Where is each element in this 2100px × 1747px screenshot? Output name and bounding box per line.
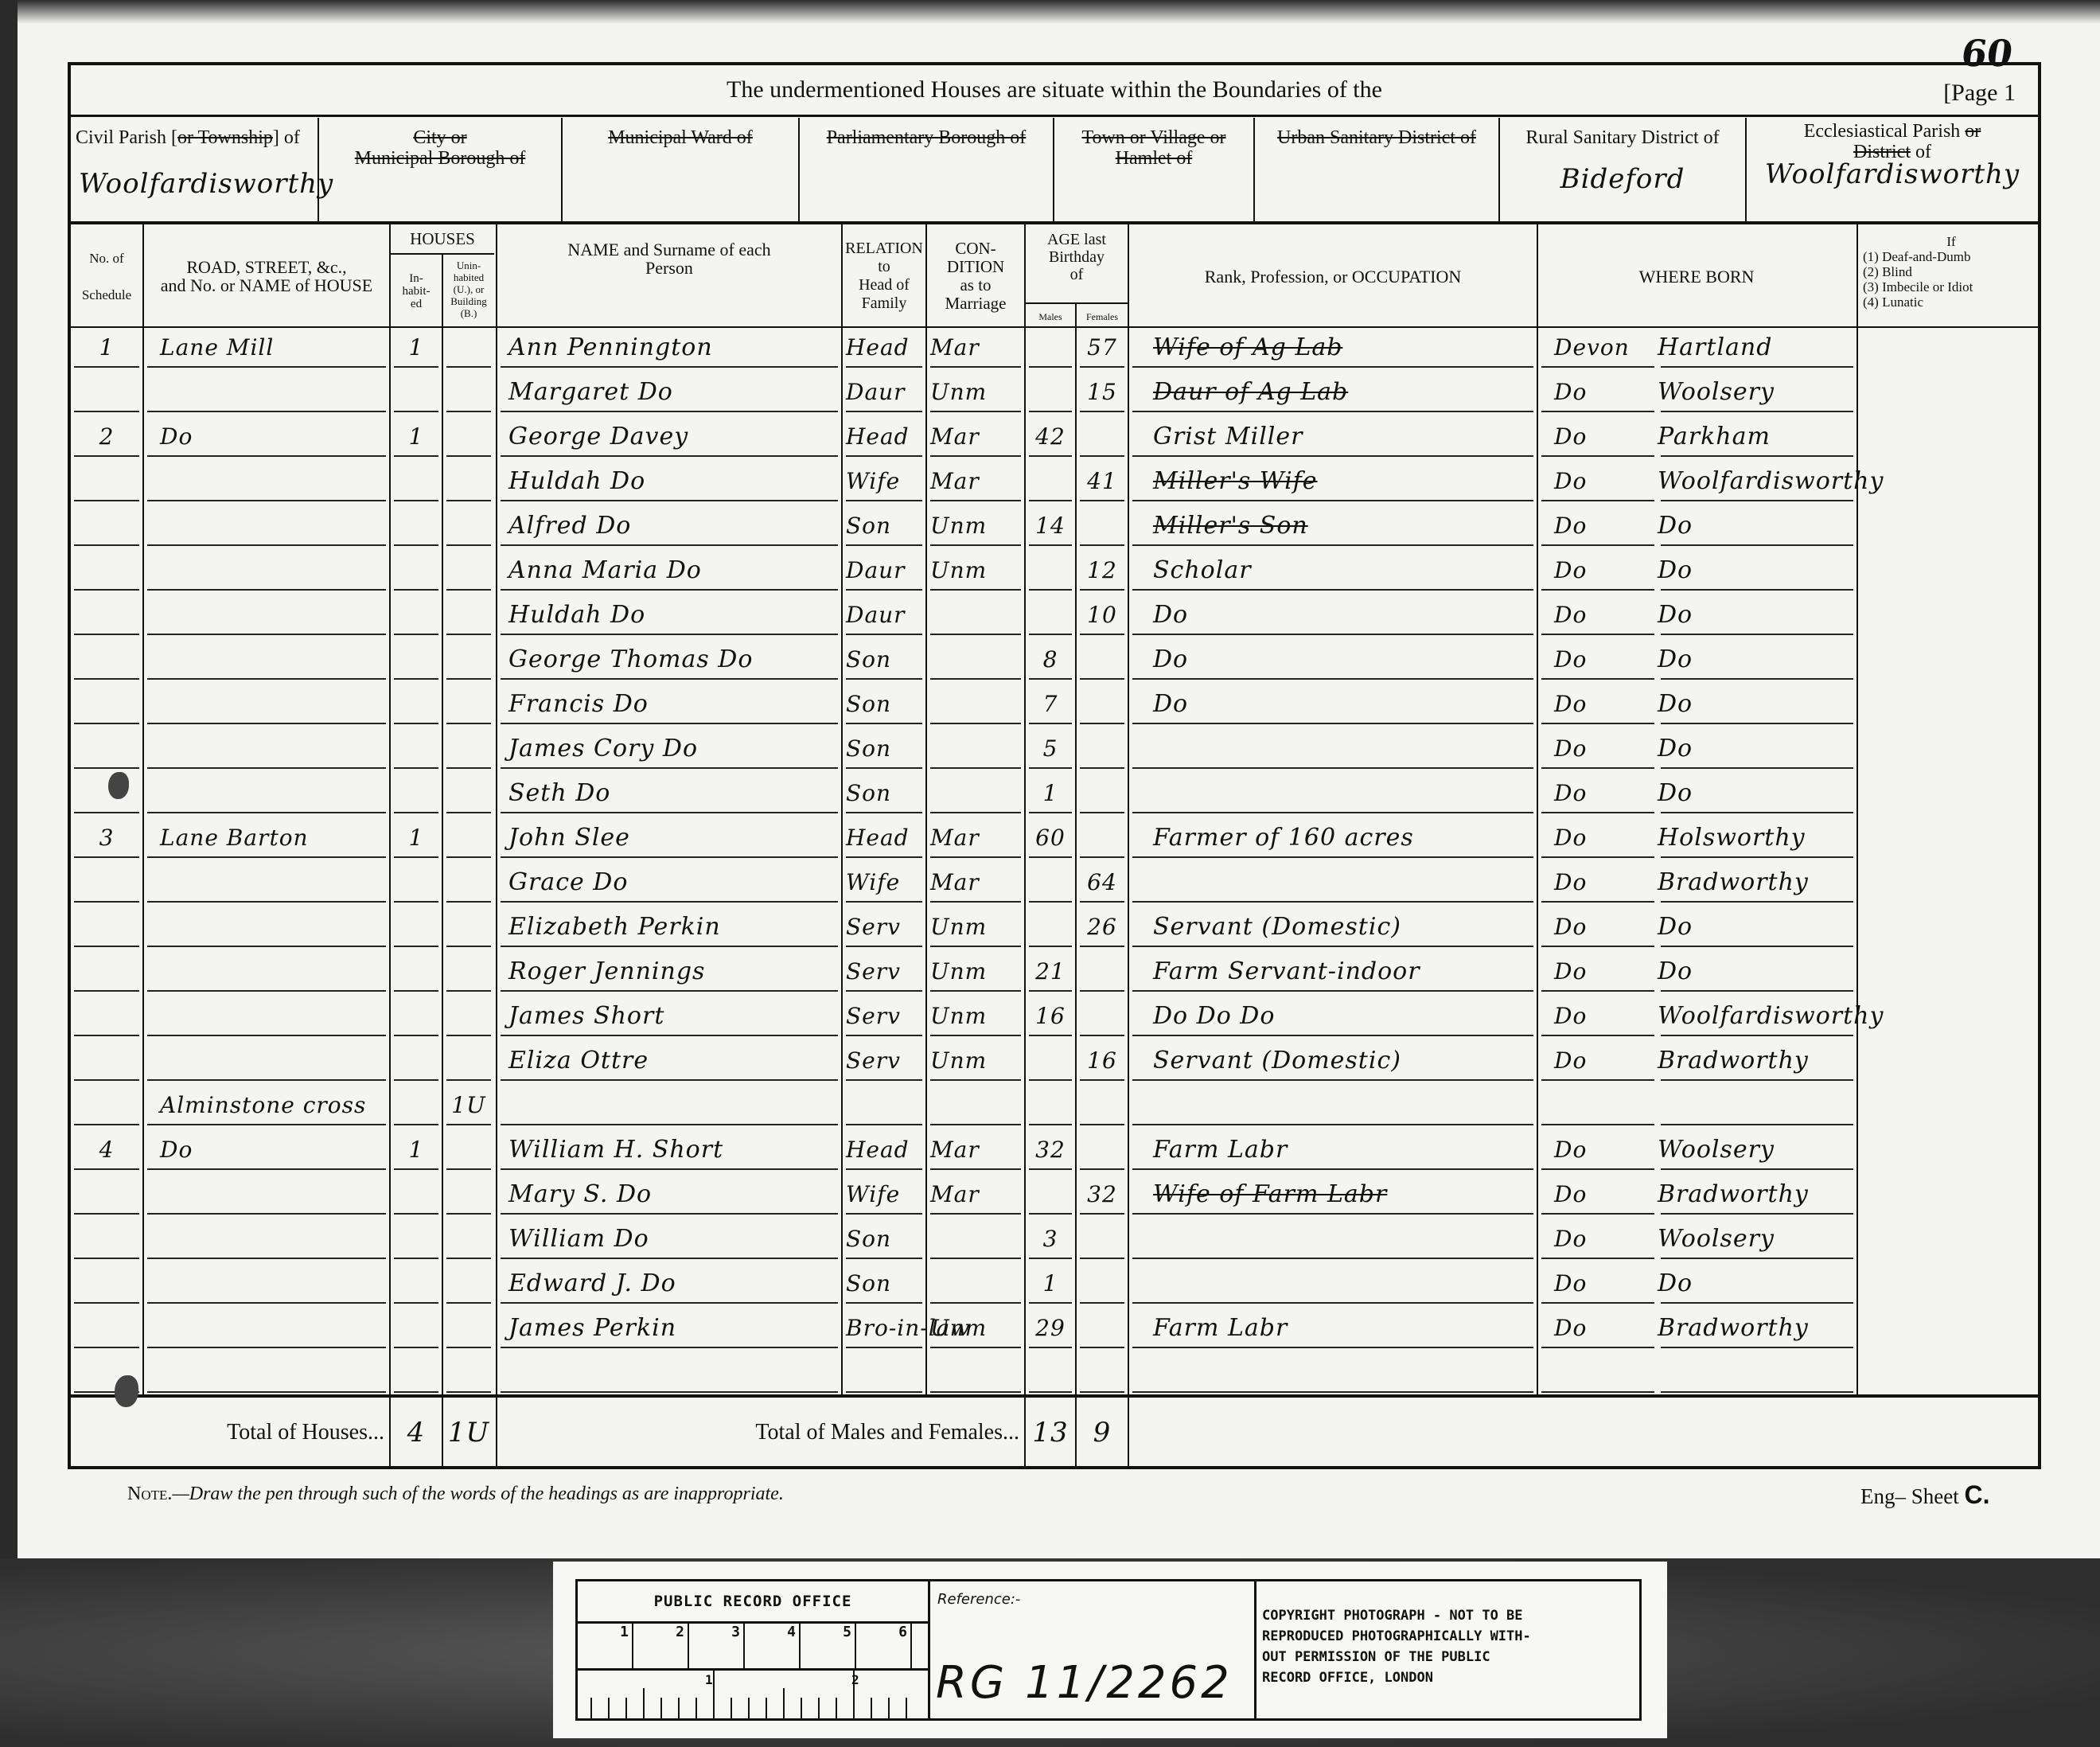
row-rule [1029, 1347, 1072, 1348]
row-rule [394, 544, 438, 546]
row-rule [446, 1213, 491, 1215]
row-rule [930, 366, 1021, 368]
cell-schedule [71, 595, 142, 637]
ink-blot [108, 772, 129, 799]
row-rule [846, 723, 922, 724]
cell-born-county [1538, 1353, 1658, 1394]
row-rule [1029, 1391, 1072, 1393]
cell-inhabited [391, 1041, 442, 1082]
sheet-label: Eng– Sheet C. [1860, 1480, 1989, 1510]
cell-female-age: 32 [1077, 1175, 1128, 1216]
cell-female-age: 26 [1077, 907, 1128, 949]
cell-relation: Head [843, 417, 925, 458]
header-uninhabited: Unin-habited(U.), orBuilding(B.) [443, 259, 494, 319]
header-age-males: Males [1026, 310, 1075, 323]
cell-road [144, 595, 389, 637]
cell-male-age [1026, 1175, 1075, 1216]
row-rule [1132, 500, 1533, 501]
row-rule [501, 1035, 838, 1036]
cell-uninhabited [443, 462, 494, 503]
row-rule [1541, 767, 1654, 769]
table-row: Anna Maria DoDaurUnm12ScholarDoDo [71, 551, 2038, 592]
table-row: Grace DoWifeMar64DoBradworthy [71, 863, 2038, 904]
cell-uninhabited [443, 1353, 494, 1394]
cell-name: Edward J. Do [497, 1264, 841, 1305]
total-houses-label: Total of Houses... [134, 1396, 384, 1469]
row-rule [1080, 1391, 1124, 1393]
row-rule [1541, 589, 1654, 591]
cell-born-county: Do [1538, 818, 1658, 860]
ecclesiastical-parish-field: Ecclesiastical Parish or District of Woo… [1747, 118, 2038, 221]
row-rule [394, 856, 438, 858]
cell-female-age [1077, 952, 1128, 993]
row-rule [1132, 856, 1533, 858]
cell-born-county: Do [1538, 684, 1658, 726]
municipal-borough-label-2: Municipal Borough of [319, 148, 561, 169]
row-rule [1080, 1347, 1124, 1348]
cell-born-county: Do [1538, 729, 1658, 770]
table-row: Mary S. DoWifeMar32Wife of Farm LabrDoBr… [71, 1175, 2038, 1216]
divider [1026, 302, 1128, 304]
row-rule [446, 723, 491, 724]
cell-relation: Son [843, 1264, 925, 1305]
cell-inhabited [391, 1308, 442, 1350]
cell-condition: Unm [927, 1308, 1024, 1350]
ruler-tick [713, 1671, 715, 1718]
row-rule [501, 1124, 838, 1125]
cell-uninhabited [443, 1264, 494, 1305]
row-rule [846, 1391, 922, 1393]
ruler-tick [748, 1698, 750, 1718]
row-rule [446, 990, 491, 992]
row-rule [1132, 1035, 1533, 1036]
row-rule [446, 812, 491, 813]
ruler-mark: 4 [745, 1624, 801, 1668]
cell-relation: Serv [843, 1041, 925, 1082]
row-rule [501, 366, 838, 368]
cell-born-place: Woolfardisworthy [1658, 996, 1856, 1038]
row-rule [930, 678, 1021, 680]
cell-road [144, 506, 389, 548]
row-rule [930, 1213, 1021, 1215]
row-rule [1661, 455, 1853, 457]
row-rule [930, 767, 1021, 769]
cell-road [144, 1175, 389, 1216]
ruler-tick [678, 1698, 680, 1718]
row-rule [1132, 946, 1533, 947]
cell-male-age [1026, 462, 1075, 503]
municipal-borough-label: City or [319, 127, 561, 148]
cell-road [144, 996, 389, 1038]
ruler-tick [731, 1698, 732, 1718]
cell-occupation: Grist Miller [1129, 417, 1537, 458]
cell-female-age [1077, 774, 1128, 815]
row-rule [501, 544, 838, 546]
row-rule [501, 589, 838, 591]
row-rule [147, 812, 386, 813]
cell-inhabited [391, 863, 442, 904]
row-rule [74, 500, 139, 501]
cell-schedule [71, 1308, 142, 1350]
row-rule [1080, 1079, 1124, 1081]
row-rule [1661, 1035, 1853, 1036]
row-rule [1080, 678, 1124, 680]
cell-male-age: 1 [1026, 1264, 1075, 1305]
row-rule [501, 1391, 838, 1393]
row-rule [446, 767, 491, 769]
row-rule [501, 1213, 838, 1215]
cell-name: Seth Do [497, 774, 841, 815]
row-rule [74, 1258, 139, 1259]
cell-name: James Perkin [497, 1308, 841, 1350]
cell-schedule [71, 1219, 142, 1261]
row-rule [147, 946, 386, 947]
civil-parish-value: Woolfardisworthy [79, 174, 325, 194]
table-row: Alminstone cross1U [71, 1086, 2038, 1127]
row-rule [1541, 500, 1654, 501]
cell-relation: Head [843, 1130, 925, 1172]
row-rule [501, 946, 838, 947]
row-rule [1661, 946, 1853, 947]
row-rule [846, 1124, 922, 1125]
row-rule [1132, 1213, 1533, 1215]
row-rule [501, 767, 838, 769]
form-title: The undermentioned Houses are situate wi… [71, 65, 2038, 115]
cell-born-place: Bradworthy [1658, 1041, 1856, 1082]
row-rule [930, 634, 1021, 635]
table-row: Seth DoSon1DoDo [71, 774, 2038, 815]
header-age: AGE lastBirthdayof [1026, 231, 1128, 283]
row-rule [501, 1168, 838, 1170]
cell-female-age [1077, 1130, 1128, 1172]
cell-inhabited [391, 372, 442, 414]
row-rule [1080, 990, 1124, 992]
row-rule [1661, 589, 1853, 591]
row-rule [74, 678, 139, 680]
cell-born-place: Hartland [1658, 328, 1856, 369]
row-rule [446, 1079, 491, 1081]
row-rule [501, 1258, 838, 1259]
row-rule [846, 856, 922, 858]
row-rule [1661, 1124, 1853, 1125]
cell-uninhabited [443, 1308, 494, 1350]
cell-occupation [1129, 1219, 1537, 1261]
cell-born-place: Bradworthy [1658, 863, 1856, 904]
row-rule [1029, 455, 1072, 457]
row-rule [930, 1391, 1021, 1393]
cell-condition: Unm [927, 372, 1024, 414]
cell-relation: Son [843, 729, 925, 770]
row-rule [1132, 1302, 1533, 1304]
row-rule [846, 1213, 922, 1215]
row-rule [846, 634, 922, 635]
cell-condition: Mar [927, 818, 1024, 860]
row-rule [1541, 1035, 1654, 1036]
row-rule [1029, 990, 1072, 992]
row-rule [846, 1302, 922, 1304]
cell-name: James Cory Do [497, 729, 841, 770]
row-rule [1132, 634, 1533, 635]
row-rule [1661, 1347, 1853, 1348]
row-rule [147, 1168, 386, 1170]
row-rule [446, 500, 491, 501]
row-rule [446, 1391, 491, 1393]
cell-occupation [1129, 863, 1537, 904]
cell-relation [843, 1353, 925, 1394]
row-rule [1029, 544, 1072, 546]
table-row [71, 1353, 2038, 1394]
row-rule [74, 990, 139, 992]
total-persons-label: Total of Males and Females... [628, 1396, 1019, 1469]
total-inhabited: 4 [391, 1396, 442, 1469]
form-note: Note.—Draw the pen through such of the w… [127, 1484, 784, 1505]
table-row: William DoSon3DoWoolsery [71, 1219, 2038, 1261]
row-rule [74, 1347, 139, 1348]
row-rule [147, 500, 386, 501]
cell-born-county: Do [1538, 1175, 1658, 1216]
row-rule [1541, 366, 1654, 368]
ruler-mark: 5 [801, 1624, 856, 1668]
cell-relation: Head [843, 328, 925, 369]
row-rule [1661, 767, 1853, 769]
cell-schedule: 2 [71, 417, 142, 458]
cell-occupation [1129, 774, 1537, 815]
table-row: George Thomas DoSon8DoDoDo [71, 640, 2038, 681]
cell-uninhabited [443, 595, 494, 637]
row-rule [1080, 812, 1124, 813]
row-rule [846, 411, 922, 412]
row-rule [394, 1124, 438, 1125]
row-rule [147, 1079, 386, 1081]
reference-value: RG 11/2262 [936, 1657, 1233, 1709]
row-rule [1661, 1168, 1853, 1170]
cell-name: James Short [497, 996, 841, 1038]
cell-born-county: Do [1538, 640, 1658, 681]
row-rule [394, 723, 438, 724]
ruler-tick [660, 1698, 662, 1718]
cell-name: Eliza Ottre [497, 1041, 841, 1082]
cell-uninhabited [443, 1130, 494, 1172]
cell-born-place: Do [1658, 907, 1856, 949]
row-rule [446, 1258, 491, 1259]
row-rule [1132, 723, 1533, 724]
cell-born-county: Do [1538, 462, 1658, 503]
cell-born-county: Do [1538, 863, 1658, 904]
row-rule [930, 411, 1021, 412]
header-condition: CON-DITIONas toMarriage [927, 224, 1024, 328]
ruler-tick [888, 1698, 890, 1718]
row-rule [147, 634, 386, 635]
rural-sanitary-field: Rural Sanitary District of Bideford [1500, 118, 1745, 221]
row-rule [501, 901, 838, 903]
row-rule [930, 990, 1021, 992]
row-rule [846, 812, 922, 813]
row-rule [394, 455, 438, 457]
row-rule [501, 500, 838, 501]
row-rule [1541, 1124, 1654, 1125]
header-age-females: Females [1077, 310, 1128, 323]
cell-male-age: 29 [1026, 1308, 1075, 1350]
row-rule [1541, 1258, 1654, 1259]
cell-inhabited [391, 907, 442, 949]
ruler-tick [871, 1698, 872, 1718]
row-rule [1132, 1391, 1533, 1393]
table-row: Margaret DoDaurUnm15Daur of Ag LabDoWool… [71, 372, 2038, 414]
cell-inhabited: 1 [391, 328, 442, 369]
ruler-inch-label: 1 [705, 1672, 713, 1687]
row-rule [147, 767, 386, 769]
cell-name: Roger Jennings [497, 952, 841, 993]
row-rule [1541, 1302, 1654, 1304]
row-rule [846, 1347, 922, 1348]
cell-schedule [71, 996, 142, 1038]
ruler-tick [643, 1688, 645, 1718]
ecclesiastical-parish-label: Ecclesiastical Parish or [1747, 121, 2038, 142]
cell-female-age: 16 [1077, 1041, 1128, 1082]
row-rule [394, 1302, 438, 1304]
cell-relation: Head [843, 818, 925, 860]
row-rule [394, 1347, 438, 1348]
cell-born-county: Do [1538, 595, 1658, 637]
cell-female-age [1077, 506, 1128, 548]
header-schedule: No. of Schedule [71, 224, 142, 328]
row-rule [846, 990, 922, 992]
cell-road [144, 729, 389, 770]
row-rule [1080, 946, 1124, 947]
row-rule [846, 1035, 922, 1036]
header-road: ROAD, STREET, &c.,and No. or NAME of HOU… [144, 224, 389, 328]
row-rule [1541, 1213, 1654, 1215]
page-label: [Page 1 [1943, 80, 2016, 107]
cell-name: William H. Short [497, 1130, 841, 1172]
cell-name: William Do [497, 1219, 841, 1261]
ruler-tick [608, 1698, 610, 1718]
row-rule [1661, 678, 1853, 680]
cell-female-age [1077, 1308, 1128, 1350]
cell-male-age: 3 [1026, 1219, 1075, 1261]
civil-parish-label: Civil Parish [or Township] of [76, 127, 300, 148]
ruler-tick [766, 1698, 767, 1718]
cell-female-age [1077, 684, 1128, 726]
row-rule [846, 544, 922, 546]
cell-born-county: Do [1538, 774, 1658, 815]
row-rule [446, 856, 491, 858]
town-village-field: Town or Village or Hamlet of [1054, 118, 1253, 221]
cell-female-age: 64 [1077, 863, 1128, 904]
cell-born-place: Holsworthy [1658, 818, 1856, 860]
cell-occupation: Farmer of 160 acres [1129, 818, 1537, 860]
row-rule [394, 1035, 438, 1036]
row-rule [1080, 723, 1124, 724]
row-rule [394, 678, 438, 680]
row-rule [1132, 1347, 1533, 1348]
row-rule [846, 455, 922, 457]
row-rule [1661, 856, 1853, 858]
municipal-borough-field: City or Municipal Borough of [319, 118, 561, 221]
header-name: NAME and Surname of eachPerson [497, 224, 841, 328]
total-males: 13 [1026, 1396, 1075, 1469]
cell-uninhabited [443, 729, 494, 770]
row-rule [846, 589, 922, 591]
reference-label: Reference:- [937, 1591, 1020, 1608]
cell-occupation [1129, 1086, 1537, 1127]
cell-uninhabited [443, 328, 494, 369]
row-rule [147, 1391, 386, 1393]
cell-male-age: 32 [1026, 1130, 1075, 1172]
cell-schedule: 4 [71, 1130, 142, 1172]
cell-inhabited [391, 1086, 442, 1127]
cell-occupation: Do Do Do [1129, 996, 1537, 1038]
cell-condition [927, 1086, 1024, 1127]
cell-male-age [1026, 595, 1075, 637]
cell-uninhabited [443, 684, 494, 726]
cell-condition [927, 684, 1024, 726]
row-rule [1029, 634, 1072, 635]
divider [71, 115, 2038, 117]
row-rule [930, 1302, 1021, 1304]
row-rule [846, 901, 922, 903]
row-rule [147, 990, 386, 992]
cell-born-county: Do [1538, 1130, 1658, 1172]
totals-row: Total of Houses... 4 1U Total of Males a… [71, 1396, 2038, 1469]
cell-male-age [1026, 1086, 1075, 1127]
row-rule [446, 946, 491, 947]
row-rule [846, 1168, 922, 1170]
row-rule [1132, 812, 1533, 813]
row-rule [501, 1347, 838, 1348]
cell-born-place: Do [1658, 729, 1856, 770]
cell-born-place: Do [1658, 684, 1856, 726]
row-rule [446, 411, 491, 412]
row-rule [1541, 678, 1654, 680]
ruler-tick [590, 1698, 592, 1718]
row-rule [1080, 544, 1124, 546]
row-rule [394, 1168, 438, 1170]
cell-road [144, 462, 389, 503]
row-rule [394, 990, 438, 992]
cell-inhabited [391, 551, 442, 592]
row-rule [1132, 1168, 1533, 1170]
cell-condition: Mar [927, 462, 1024, 503]
cell-schedule [71, 863, 142, 904]
cell-name: Elizabeth Perkin [497, 907, 841, 949]
row-rule [394, 946, 438, 947]
row-rule [1541, 901, 1654, 903]
row-rule [394, 1079, 438, 1081]
row-rule [1541, 1391, 1654, 1393]
cell-schedule [71, 506, 142, 548]
row-rule [930, 1124, 1021, 1125]
cell-female-age: 57 [1077, 328, 1128, 369]
row-rule [1661, 366, 1853, 368]
row-rule [1661, 1079, 1853, 1081]
cell-road [144, 551, 389, 592]
row-rule [501, 411, 838, 412]
row-rule [74, 1079, 139, 1081]
row-rule [394, 366, 438, 368]
cell-occupation: Wife of Farm Labr [1129, 1175, 1537, 1216]
cell-male-age: 14 [1026, 506, 1075, 548]
table-row: Huldah DoWifeMar41Miller's WifeDoWoolfar… [71, 462, 2038, 503]
row-rule [147, 455, 386, 457]
cell-inhabited: 1 [391, 417, 442, 458]
cell-schedule [71, 907, 142, 949]
cell-male-age: 60 [1026, 818, 1075, 860]
cell-male-age [1026, 907, 1075, 949]
row-rule [1132, 1079, 1533, 1081]
row-rule [74, 589, 139, 591]
cell-road: Do [144, 417, 389, 458]
